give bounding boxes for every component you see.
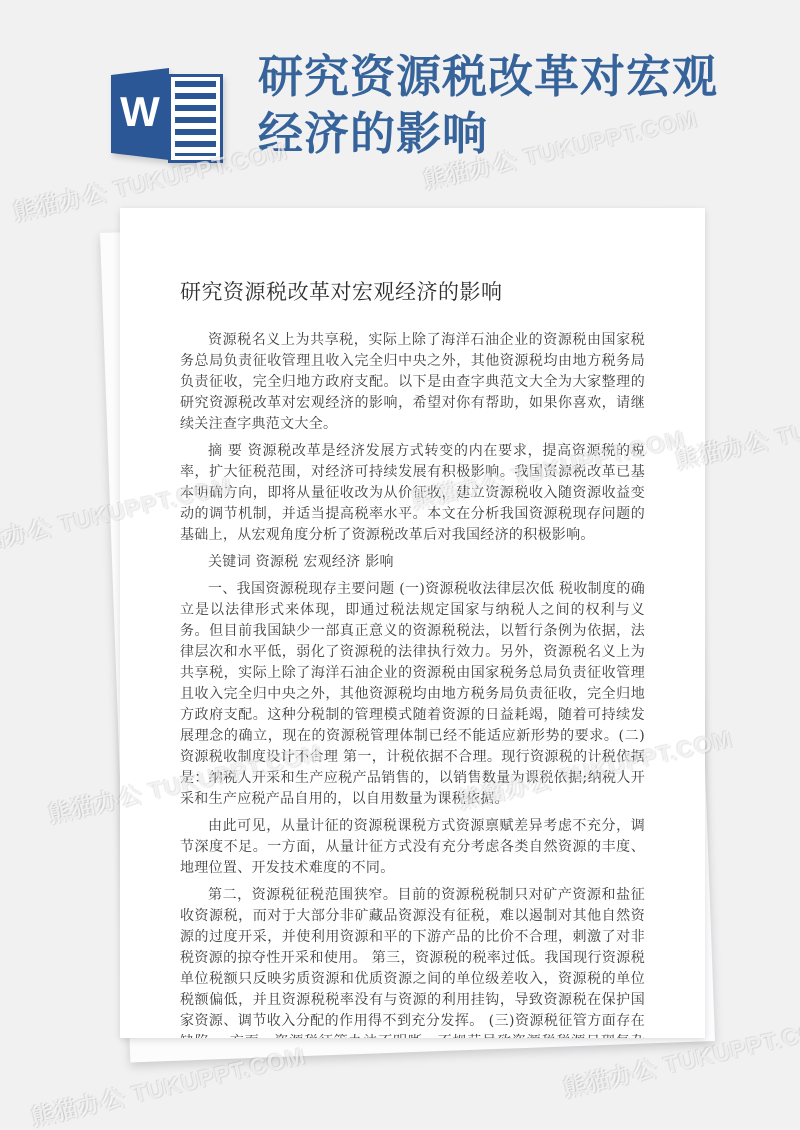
doc-paragraph: 一、我国资源税现存主要问题 (一)资源税收法律层次低 税收制度的确立是以法律形式…	[180, 579, 645, 810]
doc-body: 资源税名义上为共享税，实际上除了海洋石油企业的资源税由国家税务总局负责征收管理且…	[180, 330, 645, 1038]
page-title-line1: 研究资源税改革对宏观	[258, 50, 718, 103]
doc-paragraph: 关键词 资源税 宏观经济 影响	[180, 552, 645, 573]
document-preview-header: W 研究资源税改革对宏观经济的影响	[0, 0, 800, 208]
word-icon-text-lines	[175, 81, 216, 156]
doc-paragraph: 由此可见，从量计征的资源税课税方式资源禀赋差异考虑不充分，调节深度不足。一方面，…	[180, 816, 645, 879]
word-icon-page	[168, 74, 223, 163]
word-file-icon: W	[104, 62, 218, 166]
doc-paragraph: 第二，资源税征税范围狭窄。目前的资源税税制只对矿产资源和盐征收资源税，而对于大部…	[180, 885, 645, 1038]
page-title-line2: 经济的影响	[258, 107, 488, 160]
word-icon-letter: W	[120, 91, 160, 133]
doc-paragraph: 资源税名义上为共享税，实际上除了海洋石油企业的资源税由国家税务总局负责征收管理且…	[180, 330, 645, 435]
page-title: 研究资源税改革对宏观经济的影响	[258, 48, 738, 162]
document-page: 研究资源税改革对宏观经济的影响 资源税名义上为共享税，实际上除了海洋石油企业的资…	[120, 208, 705, 1038]
doc-heading: 研究资源税改革对宏观经济的影响	[180, 276, 645, 306]
doc-paragraph: 摘 要 资源税改革是经济发展方式转变的内在要求，提高资源税的税率，扩大征税范围，…	[180, 441, 645, 546]
word-icon-cover: W	[104, 62, 176, 166]
